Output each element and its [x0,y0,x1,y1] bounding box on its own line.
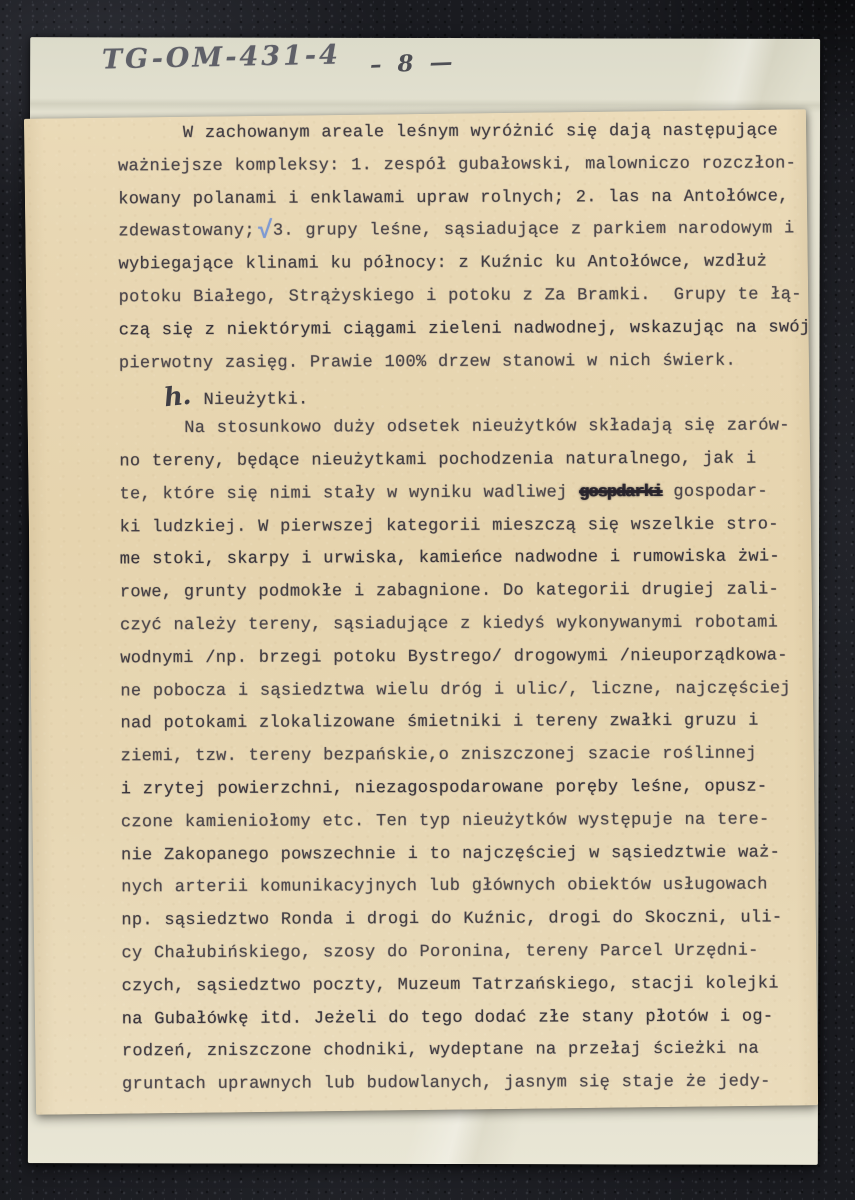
typed-line: nych arterii komunikacyjnych lub głównyc… [121,870,813,906]
typed-line: zdewastowany;√3. grupy leśne, sąsiadując… [118,214,810,250]
typed-text-segment: te, które się nimi stały w wyniku wadliw… [119,483,579,504]
typed-text-segment: W zachowanym areale leśnym wyróżnić się … [183,121,778,143]
typed-text-segment: czyć należy tereny, sąsiadujące z kiedyś… [120,613,778,635]
typed-text-segment: no tereny, będące nieużytkami pochodzeni… [119,450,756,472]
typed-line: ziemi, tzw. tereny bezpańskie,o zniszczo… [121,738,813,774]
typed-line: no tereny, będące nieużytkami pochodzeni… [119,443,811,479]
typed-text-segment: Na stosunkowo duży odsetek nieużytków sk… [184,417,790,439]
typed-text-segment: ziemi, tzw. tereny bezpańskie,o zniszczo… [121,745,757,767]
typed-line: kowany polanami i enklawami upraw rolnyc… [118,181,810,217]
typed-line: gruntach uprawnych lub budowlanych, jasn… [122,1066,814,1102]
typed-line: h. Nieużytki. [119,378,811,414]
typed-text-segment: rodzeń, zniszczone chodniki, wydeptane n… [122,1040,759,1062]
typed-text-segment: czą się z niektórymi ciągami zieleni nad… [119,318,811,340]
typed-line: nie Zakopanego powszechnie i to najczęśc… [121,837,813,873]
handwritten-checkmark: √ [256,219,272,244]
handwritten-section-letter: h. [162,380,191,415]
photo-backdrop: W zachowanym areale leśnym wyróżnić się … [0,0,855,1200]
typed-text-segment: rowe, grunty podmokłe i zabagnione. Do k… [120,581,779,603]
overstruck-word: gospdarki [579,483,662,502]
typed-line: ważniejsze kompleksy: 1. zespół gubałows… [118,148,810,184]
typed-text-segment: wybiegające klinami ku północy: z Kuźnic… [118,253,767,275]
typed-text-segment: gospodar- [662,482,768,501]
typed-line: Na stosunkowo duży odsetek nieużytków sk… [119,410,811,446]
typed-line: np. sąsiedztwo Ronda i drogi do Kuźnic, … [121,902,813,938]
typed-page: W zachowanym areale leśnym wyróżnić się … [24,109,818,1114]
typed-text-segment: wodnymi /np. brzegi potoku Bystrego/ dro… [120,646,788,668]
typed-line: czych, sąsiedztwo poczty, Muzeum Tatrzań… [122,968,814,1004]
typed-line: czone kamieniołomy etc. Ten typ nieużytk… [121,804,813,840]
typed-line: ki ludzkiej. W pierwszej kategorii miesz… [120,509,812,545]
typed-text-segment: nych arterii komunikacyjnych lub głównyc… [121,876,768,898]
typed-line: pierwotny zasięg. Prawie 100% drzew stan… [119,345,811,381]
typed-text: W zachowanym areale leśnym wyróżnić się … [28,115,814,1102]
typed-line: cy Chałubińskiego, szosy do Poronina, te… [121,935,813,971]
typed-line: ne pobocza i sąsiedztwa wielu dróg i uli… [120,673,812,709]
typed-text-segment: 3. grupy leśne, sąsiadujące z parkiem na… [273,220,795,241]
typed-text-segment: nie Zakopanego powszechnie i to najczęśc… [121,843,780,865]
typed-line: na Gubałówkę itd. Jeżeli do tego dodać z… [122,1001,814,1037]
typed-text-segment: ki ludzkiej. W pierwszej kategorii miesz… [120,515,779,537]
page-number-annotation: – 8 — [370,48,457,78]
typed-text-segment: czych, sąsiedztwo poczty, Muzeum Tatrzań… [122,974,779,996]
typed-text-segment: i zrytej powierzchni, niezagospodarowane… [121,777,768,799]
typed-text-segment: na Gubałówkę itd. Jeżeli do tego dodać z… [122,1007,774,1029]
typed-line: czą się z niektórymi ciągami zieleni nad… [119,312,811,348]
typed-text-segment: ne pobocza i sąsiedztwa wielu dróg i uli… [120,679,791,701]
typed-text-segment: cy Chałubińskiego, szosy do Poronina, te… [121,941,758,963]
typed-line: potoku Białego, Strążyskiego i potoku z … [119,279,811,315]
typed-line: rowe, grunty podmokłe i zabagnione. Do k… [120,574,812,610]
typed-line: wybiegające klinami ku północy: z Kuźnic… [118,246,810,282]
typed-line: rodzeń, zniszczone chodniki, wydeptane n… [122,1034,814,1070]
typed-text-segment: np. sąsiedztwo Ronda i drogi do Kuźnic, … [121,909,782,931]
typed-text-segment: Nieużytki. [192,391,309,411]
typed-line: me stoki, skarpy i urwiska, kamieńce nad… [120,542,812,578]
typed-text-segment: zdewastowany; [118,222,255,242]
typed-text-segment: nad potokami zlokalizowane śmietniki i t… [120,712,758,734]
typed-line: czyć należy tereny, sąsiadujące z kiedyś… [120,607,812,643]
typed-text-segment: gruntach uprawnych lub budowlanych, jasn… [122,1073,771,1095]
typed-text-segment: me stoki, skarpy i urwiska, kamieńce nad… [120,548,780,570]
typed-text-segment: pierwotny zasięg. Prawie 100% drzew stan… [119,351,736,373]
catalog-number-annotation: TG-OM-431-4 [102,40,341,76]
typed-text-segment: ważniejsze kompleksy: 1. zespół gubałows… [118,154,796,176]
typed-line: wodnymi /np. brzegi potoku Bystrego/ dro… [120,640,812,676]
typed-line: W zachowanym areale leśnym wyróżnić się … [118,115,810,151]
typed-text-segment: kowany polanami i enklawami upraw rolnyc… [118,187,789,209]
typed-text-segment: potoku Białego, Strążyskiego i potoku z … [119,285,802,307]
typed-text-segment: czone kamieniołomy etc. Ten typ nieużytk… [121,810,770,832]
typed-line: i zrytej powierzchni, niezagospodarowane… [121,771,813,807]
typed-line: te, które się nimi stały w wyniku wadliw… [119,476,811,512]
typed-line: nad potokami zlokalizowane śmietniki i t… [120,706,812,742]
